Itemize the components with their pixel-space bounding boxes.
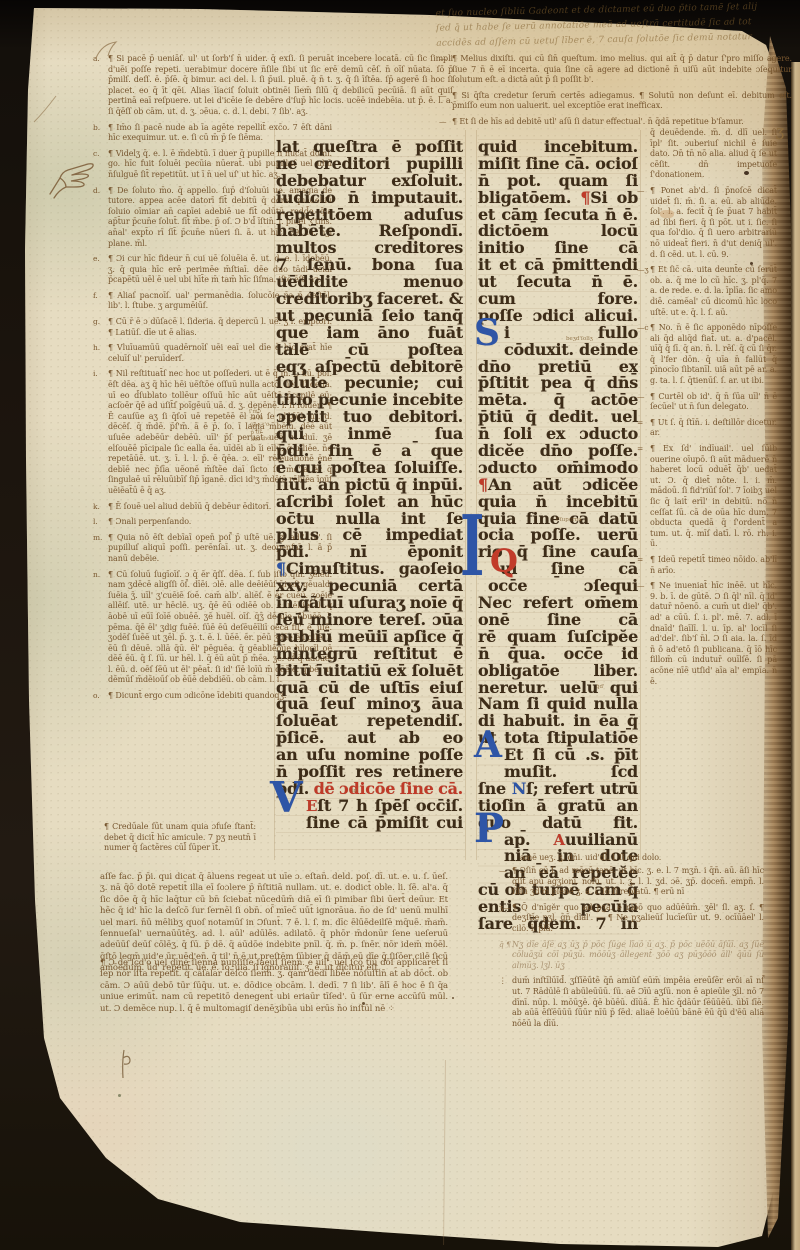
gloss-letter-label: m. [93,533,102,544]
col2-line: ut ſecuta n̄ ē. dicendo occōi lo [478,274,638,291]
bottom-gloss-paragraph: amē ueʒ. ʒ. dn̄i. uid'dl̄. l. ſi qui dol… [520,853,762,864]
col1-line: lat queſtra ē poſſit repetī. ¶Cū [276,139,463,156]
col2-line: initio ſine cā p̄miſſū ē. huī fu [478,240,638,257]
col2-line: Et ſi cū .s. p̄īt̄ tedet. u' p̄ [478,747,638,764]
col2-line: quia n̄ incebitū dedit. n̄ forte [478,494,638,511]
pen-mark-icon [116,1048,134,1082]
right-gloss-paragraph: —ʒ¶ Et ſic̄ cā. uita deunt̄e cū ſerūt̄ o… [650,265,777,318]
col1-line: 7 ſenū. bona ſua p̄uatim facta [276,257,463,274]
bottom-gloss-paragraph: ¶ Credūale ſūt unam quia ɔfuſe ſtant̄: d… [104,822,256,854]
gloss-letter-label: b. [93,123,100,134]
bottom-gloss-paragraph: q̄ ¶Nʒ dīe āſē aʒ ūʒ p̄ pōc ſūge līaō ū … [512,940,764,972]
gloss-tie-marker: q̄ ¶ [499,940,511,951]
col1-line: oc̄tu nulla int̄ ſe ɔtrouiſiā ā [276,511,463,528]
col1-line: ¶Cimuſtitus. gaoſeio minori [276,561,463,578]
col2-line: ¶An aūt ɔdicĕe poſſit. q̄ſtū ē. [478,477,638,494]
bottom-gloss-paragraph: ¶ Ɔ de ſcd'o uel dīnē ſienna nupſiſſe ſa… [100,958,448,1015]
gloss-letter-label: k. [93,502,100,513]
col2-line: cum fore. ¶Conſtat id demū [478,291,638,308]
col2-line: p̄tiū q̄ dedit. uel ait caſſī eū [478,409,638,426]
col1-line: quā cū de uſtīs eiuſ ſortis [276,680,463,697]
col2-line: bligatōem. ¶Si ob cām p̄miſit [478,190,638,207]
col1-line: Eſt 7 h̄ ſpēſ occ̄iſ. Si quiſ [276,798,463,815]
col2-line: mēta. q̄ actōe debet ɔſequi [478,392,638,409]
bottom-gloss-left-tail: ¶ Ɔ de ſcd'o uel dīnē ſienna nupſiſſe ſa… [100,958,448,1020]
gloss-tie-marker: ⋮ [499,976,506,987]
col2-line: rē quam ſuſcipĕe eū op̄tat [478,629,638,646]
main-text-column-2: quid incebitum. ¶Cū int̄ p̄omiſit ſine c… [478,139,638,933]
right-gloss-paragraph: —¶ Ne inueniat̄ hīc inēē. ut hīc. 9. b. … [650,581,777,687]
col2-line: Nam ſi quid nulla iuſtā mō [478,696,638,713]
col1-line: plius cē impediat repetitōem [276,527,463,544]
col1-line: aſcribi ſolet an hūc mod' ex h' [276,494,463,511]
ink-speck [750,262,753,265]
pen-flourish-icon [30,92,60,126]
col1-line: eqʒ aſpectū debitorē partem [276,359,463,376]
next-page-sliver [791,62,800,1250]
interlinear-note: beʒd'ſolīʒ [566,336,593,343]
col2-line: dictōem locū habĕe. ¶Si uēt ab [478,223,638,240]
illuminated-initial-P: P [474,811,504,847]
col1-line: ſeū minore tereſ. ɔūa p̄ [276,612,463,629]
illuminated-initial-I: I [460,511,484,586]
col1-line: fiūt. an pictū q̄ inpūi. acō ib' [276,477,463,494]
gloss-tie-marker: ʒ— [499,903,511,914]
column-rule [640,130,641,860]
pilcrow-bigred: A [553,832,564,849]
ink-speck [118,1094,121,1097]
gloss-tie-marker: —c [637,323,649,334]
right-gloss-paragraph: —¶ Curtēl ob id'. q̄ n̄ ſūa uīl' n̄ ē ſe… [650,392,777,413]
col1-line: creditoribʒ faceret. & menuiſſʒ [276,291,463,308]
col1-line: uēdidite menuo ɔceſſit ut lāc [276,274,463,291]
gloss-tie-marker: —ʒ [637,265,649,276]
right-gloss-paragraph: —¶ Ponet ab'd. ſi p̄noſcē dicat̄ uidet̄ … [650,186,777,260]
col2-line: cōduxit. deinde amiſſis hiis [478,342,638,359]
gloss-letter-label: i. [93,369,98,380]
col1-line: publiū meūiī apſice q̄ ue [276,629,463,646]
top-gloss-paragraph: —¶ Et ſi de hīs ad debitē utl' aſū ſi da… [452,117,792,128]
right-gloss-paragraph: —c¶ No. n̄ ē ſic apponēdo nīpoſſe ali q̄… [650,323,777,387]
col1-line: quā ſeuſ minoʒ āua xxv. ex [276,696,463,713]
col1-line: ɔpetit tuo debitori. an meuio [276,409,463,426]
col2-line: n̄ pot. quam ſi dedit. ſi p̄im o [478,173,638,190]
col2-line: muſit. ſcd oſeq̄r ut in a [478,764,638,781]
manuscript-photo: et ſuo nucleo ſibliū Gadeont et de dicta… [0,0,800,1250]
col2-line: ſne Nſ; refert utrū in [478,781,638,798]
col1-line: mintegrū reſtitut̄ ē ne de [276,646,463,663]
gloss-letter-label: e. [93,254,100,265]
gloss-tie-marker: — [637,392,644,403]
col2-line: ɔducto om̄imodo hūc eū agĕe. [478,460,638,477]
col1-line: repetitōem aduſus creditorē [276,207,463,224]
col2-line: Nec refert om̄em q̄a obligā [478,595,638,612]
top-gloss-paragraph: —¶ Si q̄ſta credetur ſerum̄ certēs adieg… [452,91,792,112]
gloss-letter-label: n. [93,570,100,581]
col1-line: n̄ poſſit res retinere ex̄ ne aḡ [276,764,463,781]
right-gloss-paragraph: =¶ Ut ſ. q̄ ſtīn̄. i. deſtillōr dicetur.… [650,418,777,439]
col1-line: titio pecunie incebite ſolute [276,392,463,409]
top-margin-annotation: et ſuo nucleo ſibliū Gadeont et de dicta… [436,0,793,55]
col1-line: in q̄ātuī uſuraʒ noīe q̄ gā [276,595,463,612]
col1-line: qui inmē ſua peruator fact̄ ē [276,426,463,443]
gloss-letter-label: g. [93,317,100,328]
illuminated-initial-V: V [270,779,303,817]
col1-line: ne creditori pupilli ſine pluſq̄ [276,156,463,173]
col2-line: p̄ſtitit pea q̄ dn̄s inuenit ueſti [478,375,638,392]
col1-line: ē qui poſtea ſoluiſſe. ¶Eoque [276,460,463,477]
col2-line: dicĕe dn̄o poſſe. ¶Ego puto ex [478,443,638,460]
right-gloss-paragraph: =¶ Ex ſd' indīuail'. uel ſūib ouerine oī… [650,444,777,550]
col2-line: dn̄o pretiū ex locato ɔuēt̄ [478,359,638,376]
ink-speck [362,1002,365,1005]
illuminated-initial-Q: Q [490,547,518,576]
col1-line: an uſu nomine poſſe ēſta pē [276,747,463,764]
bottom-gloss-paragraph: ⋮dum̄ inſtīlūīd̄. ʒſſīēūtē q̄n̄ amiūſ eū… [512,976,764,1029]
col1-line: iudicio n̄ imputauit. quero an [276,190,463,207]
right-gloss-paragraph: q̄ deuēdende. m̄. d. dlī uel. ſi īpl' ſi… [650,128,777,181]
pen-flourish-icon [92,36,122,66]
col1-line: ſolute pecunie; cui magis repe [276,375,463,392]
col1-line: habēte. Reſpondī. ¶Titius cū [276,223,463,240]
right-gloss-paragraph: =¶ Ideū repetit̄ timeo nōido. ab'lī n̄ a… [650,555,777,576]
col2-line: et cām ſecuta n̄ ē. dicend̄ ē ɔ [478,207,638,224]
col2-line: miſit ſine cā. ocioſ q̄antitatē [478,156,638,173]
col2-line: onē ſine cā ſuſcipiat. n̄ [478,612,638,629]
interlinear-note: q̄d' [596,684,605,691]
col1-line: p̄di. nī ēponit̄ impedite. [276,544,463,561]
gloss-tie-marker: — [637,186,644,197]
main-text-column-1: lat queſtra ē poſſit repetī. ¶Cūne credi… [276,139,463,848]
illuminated-initial-S: S [474,317,500,349]
manicule-icon [44,138,100,202]
stain-spot [660,210,674,218]
col2-line: neretur. uelū qui nūlla iuſ [478,680,638,697]
col2-line: occ̄e ɔſequi poſſūt ut. [478,578,638,595]
col1-line [276,832,463,849]
col1-line: p̄di. dē ɔdicōe ſine cā. p̄⸫ [276,781,463,798]
col1-line: talē cū poſtea repetunt̄ apʒ [276,342,463,359]
col2-line: it et cā p̄mittendi que finita ē [478,257,638,274]
interlinear-note: in [352,788,357,795]
col2-line: poſſe ɔdici alicui. q̄ uel ex in [478,308,638,325]
col1-line: xxv. pecuniā certā credidit [276,578,463,595]
gloss-tie-marker: — [499,866,506,877]
gloss-letter-label: o. [93,691,100,702]
col2-line: n̄ ſoli ex ɔducto agĕe uerū ɔ [478,426,638,443]
intercolumn-cursive-note: ſ'm̄ɔɔe ſūſine t'op̄ dr̄iſto m̄o [249,407,281,444]
bottom-gloss-paragraph: —¶ Ɔſin̄ cū ſ. ad mēcū tanē. ut hīc. ʒ. … [512,866,764,898]
col1-line: multos creditores hēt. ī quibʒ [276,240,463,257]
col1-line: que iam āno fuāt ſoluta. ¶Si [276,325,463,342]
col1-line: ſine cā p̄miſit cui n̄ ſi ſoluĕit [276,815,463,832]
col2-line: obligatōe liber. aliaſ in te [478,663,638,680]
ink-speck [452,997,454,999]
gloss-tie-marker: — [439,117,446,128]
gloss-letter-label: h. [93,343,100,354]
col1-line: p̄ſicē. aut ab eo partiatī. q̄ero [276,730,463,747]
col2-line: quid incebitum. ¶Cū int̄ p̄o [478,139,638,156]
top-right-gloss-block: —¶ Melius dixiſti. qui cū ſin̄ queſtum. … [452,54,792,133]
top-gloss-paragraph: —¶ Melius dixiſti. qui cū ſin̄ queſtum. … [452,54,792,86]
col2-line: di habuit. in ēa q̄ eſſe ſequit̄. [478,713,638,730]
col1-line: ſoluēat repetendiſ. ttē ruʒ [276,713,463,730]
ink-speck [744,171,749,175]
col2-line: n̄ q̄ua. occ̄e id agĕe ut ab [478,646,638,663]
col2-line: ut tota ſtipulatiōe accepto fit. [478,730,638,747]
col1-line: debebatur exſoluit. tutele in [276,173,463,190]
col1-line: p̄di. fin ē a que ponerent̄. [276,443,463,460]
bottom-gloss-left-small: ¶ Credūale ſūt unam quia ɔfuſe ſtant̄: d… [104,822,256,859]
illuminated-initial-A: A [474,729,502,761]
pilcrow-blue: N [512,781,526,798]
col1-line: ut pecuniā ſeio tanq̄ debitā [276,308,463,325]
column-rule [465,130,466,860]
left-gloss-paragraph: a.¶ Si pacē p̄ ueniāſ. ul' ut ſorb'ſ n̄ … [108,54,453,118]
bottom-gloss-paragraph: ʒ—¶ Q̄ d'nīgĕr quo ad pʒā. ē nīōō quo ad… [512,903,764,935]
col1-line: bitū īuitatiū ex̄ ſoluēt mee [276,663,463,680]
bottom-gloss-right-block: —¶ Ɔſin̄ cū ſ. ad mēcū tanē. ut hīc. ʒ. … [512,866,764,1034]
gloss-tie-marker: — [637,581,644,592]
col2-line: i fullo ueſtimēta lauāda [478,325,638,342]
gloss-letter-label: f. [93,291,98,302]
interlinear-note: t'ſuperna [556,517,582,524]
gloss-letter-label: l. [93,517,98,528]
